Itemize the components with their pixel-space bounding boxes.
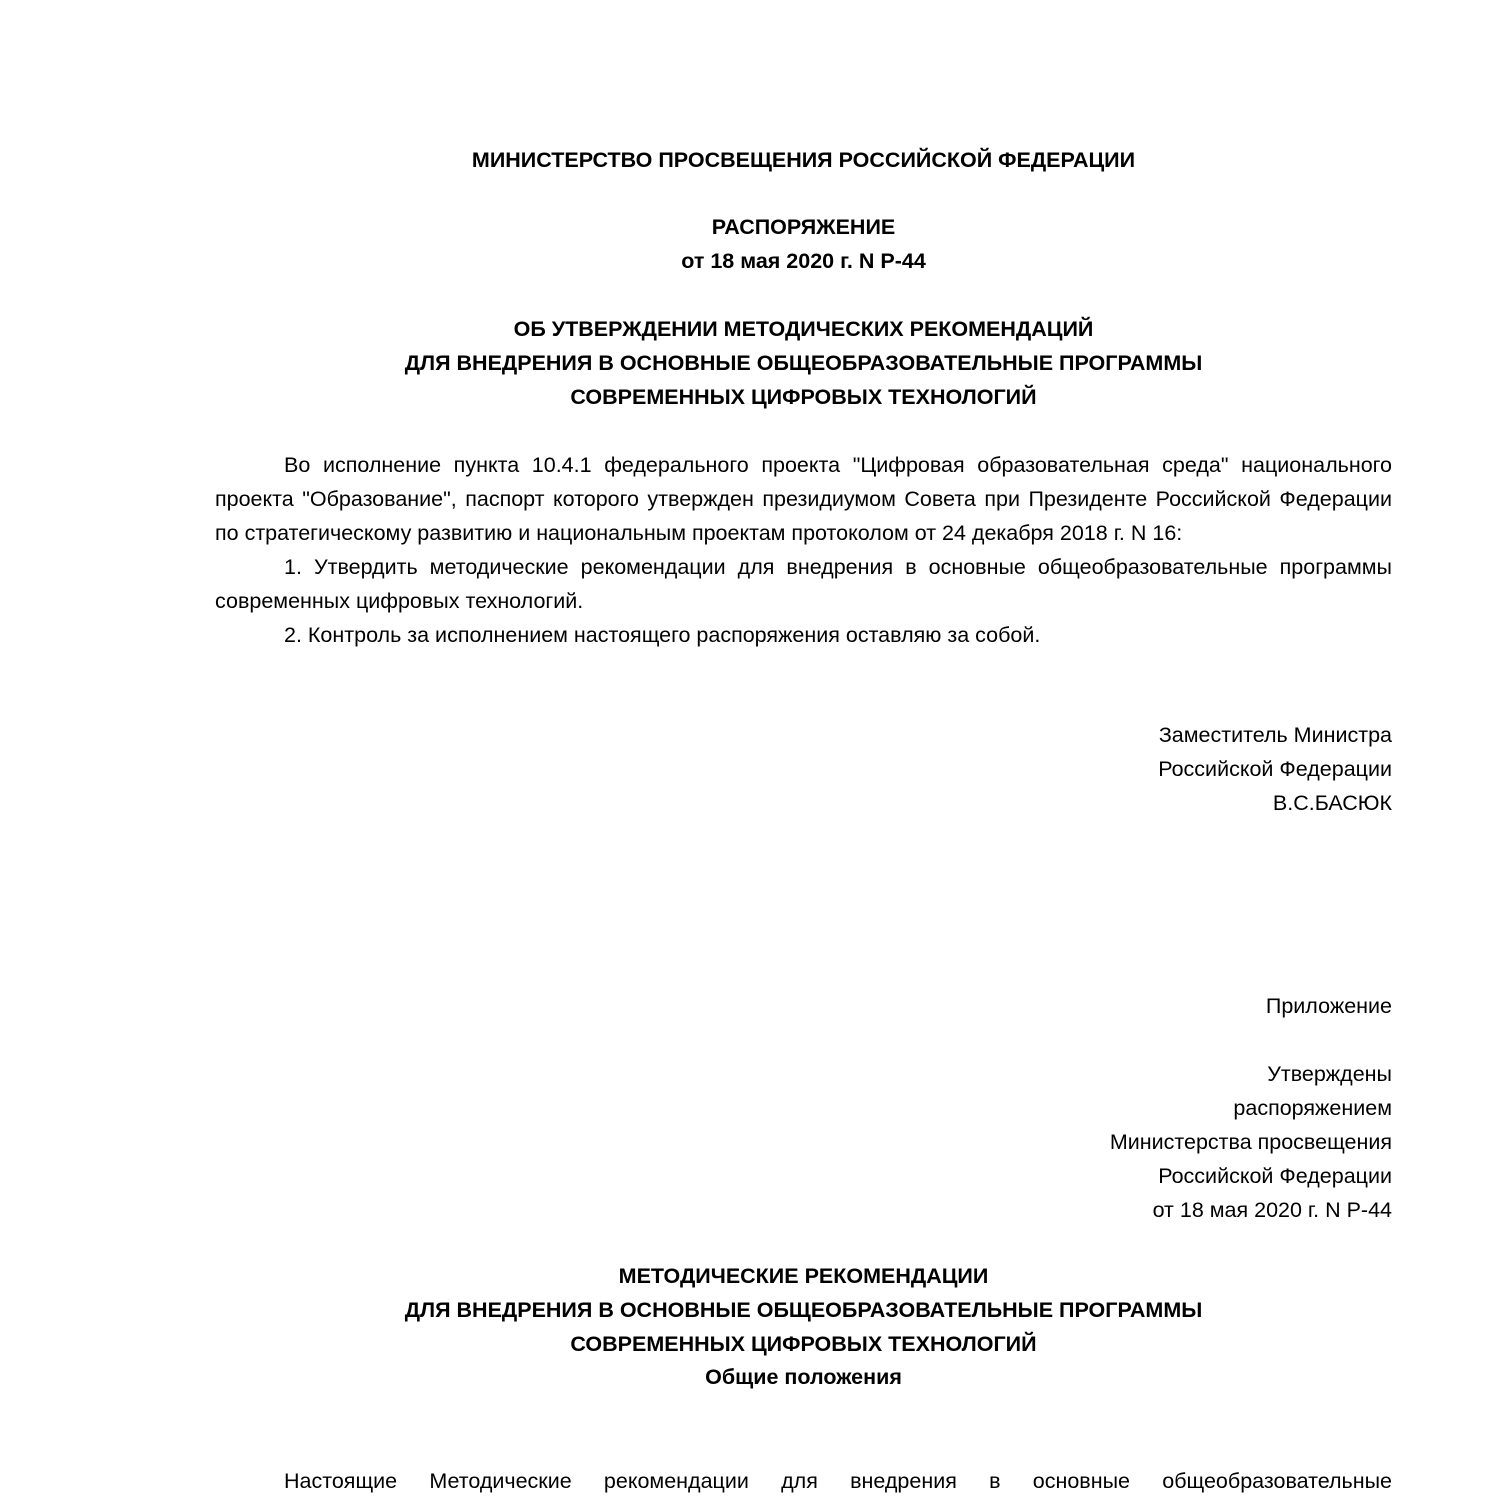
signature-country: Российской Федерации [215, 752, 1392, 786]
general-provisions-text: Настоящие Методические рекомендации для … [215, 1464, 1392, 1498]
signature-position: Заместитель Министра [215, 718, 1392, 752]
appendix-title: МЕТОДИЧЕСКИЕ РЕКОМЕНДАЦИИ ДЛЯ ВНЕДРЕНИЯ … [215, 1259, 1392, 1361]
title-line: ОБ УТВЕРЖДЕНИИ МЕТОДИЧЕСКИХ РЕКОМЕНДАЦИЙ [215, 312, 1392, 346]
general-provisions-first-line: Настоящие Методические рекомендации для … [215, 1464, 1392, 1498]
signature-name: В.С.БАСЮК [215, 786, 1392, 820]
section-heading-block: Общие положения [215, 1360, 1392, 1394]
approval-block: Утверждены распоряжением Министерства пр… [215, 1057, 1392, 1227]
ministry-header: МИНИСТЕРСТВО ПРОСВЕЩЕНИЯ РОССИЙСКОЙ ФЕДЕ… [215, 143, 1392, 177]
appendix-label-block: Приложение [215, 989, 1392, 1023]
approval-line: от 18 мая 2020 г. N Р-44 [215, 1193, 1392, 1227]
appendix-title-line: МЕТОДИЧЕСКИЕ РЕКОМЕНДАЦИИ [215, 1259, 1392, 1293]
document-date-number: от 18 мая 2020 г. N Р-44 [215, 244, 1392, 278]
document-type: РАСПОРЯЖЕНИЕ [215, 210, 1392, 244]
signature-block: Заместитель Министра Российской Федераци… [215, 718, 1392, 820]
appendix-title-line: СОВРЕМЕННЫХ ЦИФРОВЫХ ТЕХНОЛОГИЙ [215, 1327, 1392, 1361]
approval-line: Министерства просвещения [215, 1125, 1392, 1159]
document-body: Во исполнение пункта 10.4.1 федерального… [215, 448, 1392, 652]
approval-line: распоряжением [215, 1091, 1392, 1125]
order-header: РАСПОРЯЖЕНИЕ от 18 мая 2020 г. N Р-44 [215, 210, 1392, 278]
preamble-paragraph: Во исполнение пункта 10.4.1 федерального… [215, 448, 1392, 550]
approval-line: Утверждены [215, 1057, 1392, 1091]
title-line: СОВРЕМЕННЫХ ЦИФРОВЫХ ТЕХНОЛОГИЙ [215, 380, 1392, 414]
order-item-2: 2. Контроль за исполнением настоящего ра… [215, 618, 1392, 652]
ministry-name: МИНИСТЕРСТВО ПРОСВЕЩЕНИЯ РОССИЙСКОЙ ФЕДЕ… [215, 143, 1392, 177]
title-line: ДЛЯ ВНЕДРЕНИЯ В ОСНОВНЫЕ ОБЩЕОБРАЗОВАТЕЛ… [215, 346, 1392, 380]
order-item-1: 1. Утвердить методические рекомендации д… [215, 550, 1392, 618]
appendix-label: Приложение [215, 989, 1392, 1023]
approval-line: Российской Федерации [215, 1159, 1392, 1193]
document-title: ОБ УТВЕРЖДЕНИИ МЕТОДИЧЕСКИХ РЕКОМЕНДАЦИЙ… [215, 312, 1392, 414]
section-heading: Общие положения [215, 1360, 1392, 1394]
appendix-title-line: ДЛЯ ВНЕДРЕНИЯ В ОСНОВНЫЕ ОБЩЕОБРАЗОВАТЕЛ… [215, 1293, 1392, 1327]
